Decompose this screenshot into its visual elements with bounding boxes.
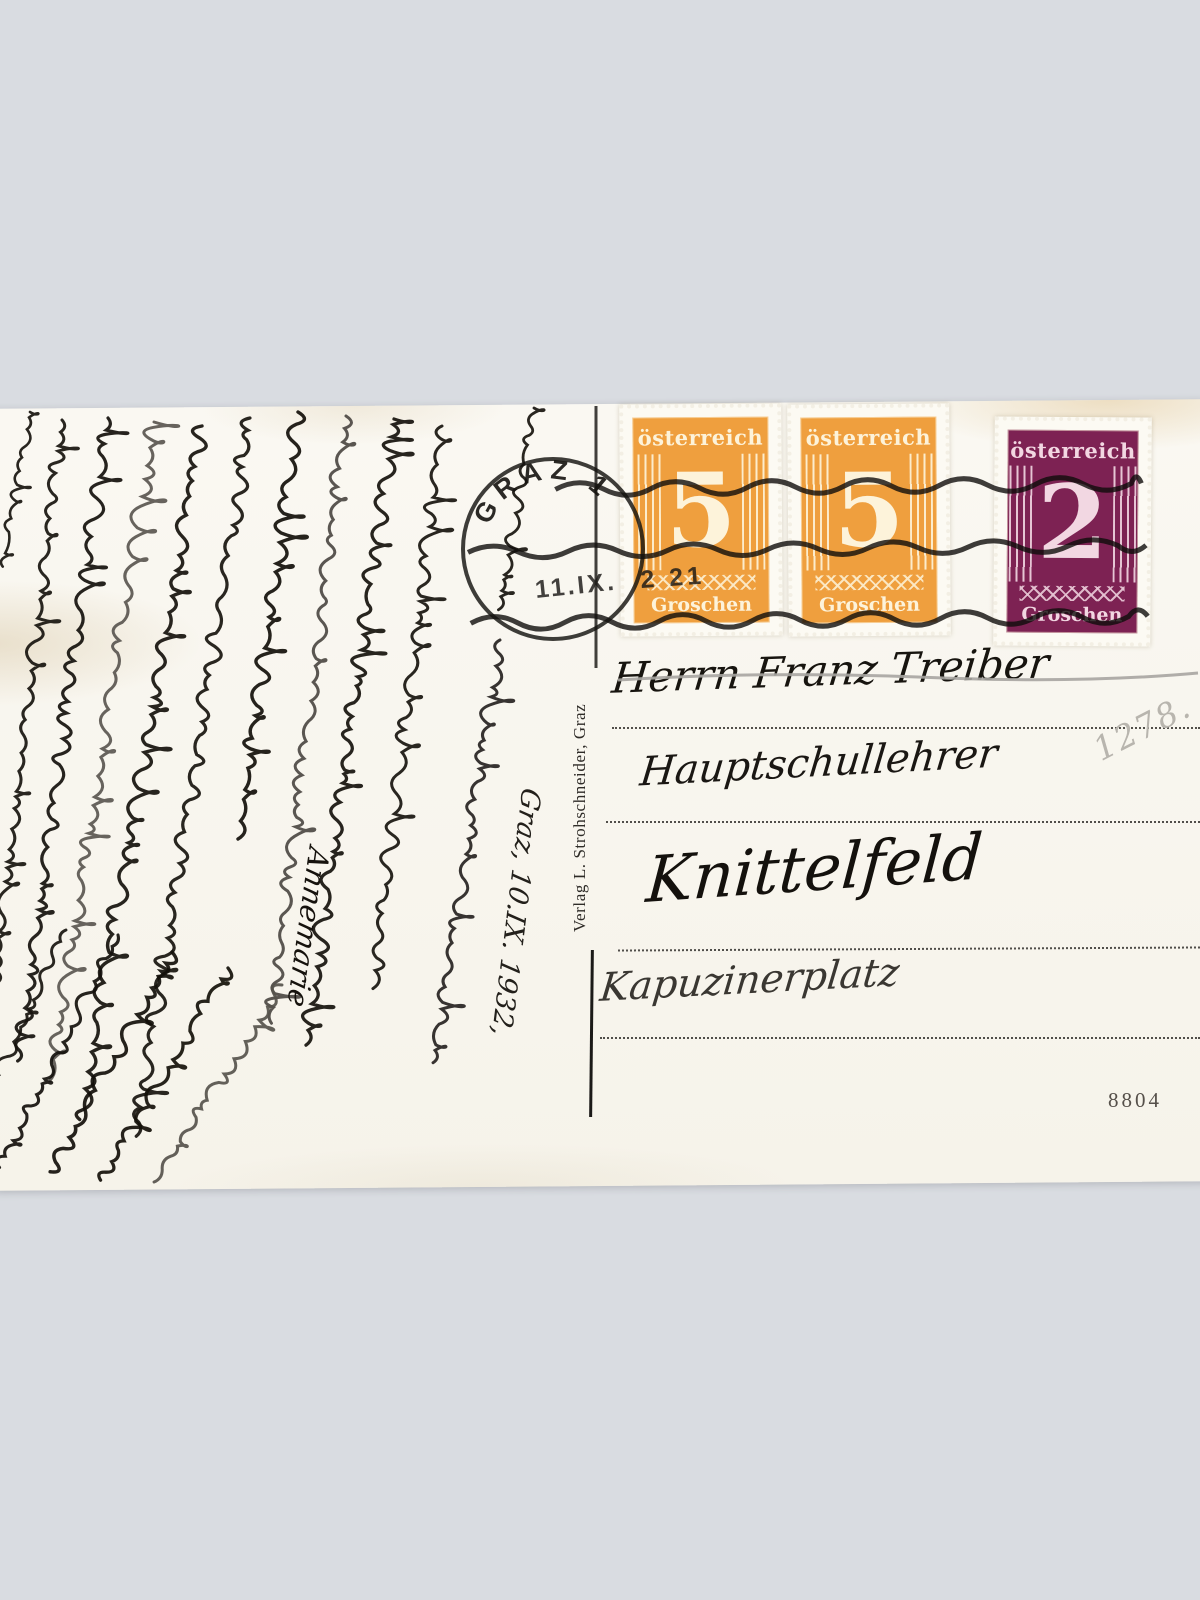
stamp-hatch-lines-icon (805, 455, 829, 571)
stamp-midrow: 5 (805, 454, 933, 571)
stamp-midrow: 5 (637, 454, 765, 571)
stamp-hatch-lines-icon (741, 454, 765, 570)
stamp-hatch-lines-icon (637, 455, 661, 571)
stamp-ornament-band-icon (815, 574, 923, 590)
stamp-country-label: österreich (638, 425, 764, 451)
stamp-currency-label: Groschen (651, 594, 752, 617)
stamp-hatch-lines-icon (1009, 466, 1033, 582)
stamp-ornament-band-icon (647, 574, 755, 590)
stamp-hatch-lines-icon (1113, 467, 1137, 583)
stamp-country-label: österreich (806, 425, 932, 451)
stamp-5-groschen-right: österreich 5 Groschen (787, 403, 951, 636)
stamp-country-label: österreich (1010, 438, 1136, 464)
stamp-currency-label: Groschen (819, 594, 920, 617)
stamp-ornament-band-icon (1020, 585, 1124, 601)
postcard-scan: österreich 5 Groschen österreich 5 Grosc… (0, 0, 1200, 1600)
stamp-hatch-lines-icon (909, 454, 933, 570)
stamp-currency-label: Groschen (1021, 604, 1122, 627)
address-dotted-line (600, 1037, 1200, 1039)
stamp-panel: österreich 5 Groschen (800, 417, 937, 624)
stamp-panel: österreich 2 Groschen (1006, 430, 1138, 634)
stamp-2-groschen: österreich 2 Groschen (993, 416, 1152, 646)
plate-number: 8804 (1108, 1088, 1162, 1113)
stamp-5-groschen-left: österreich 5 Groschen (619, 403, 783, 636)
stamp-midrow: 2 (1009, 466, 1137, 583)
stamp-denomination: 5 (665, 465, 737, 559)
stamp-panel: österreich 5 Groschen (632, 417, 769, 624)
stamp-denomination: 5 (833, 465, 905, 559)
address-dotted-line (606, 821, 1200, 823)
publisher-imprint: Verlag L. Strohschneider, Graz (570, 704, 590, 932)
stamp-denomination: 2 (1037, 477, 1109, 571)
